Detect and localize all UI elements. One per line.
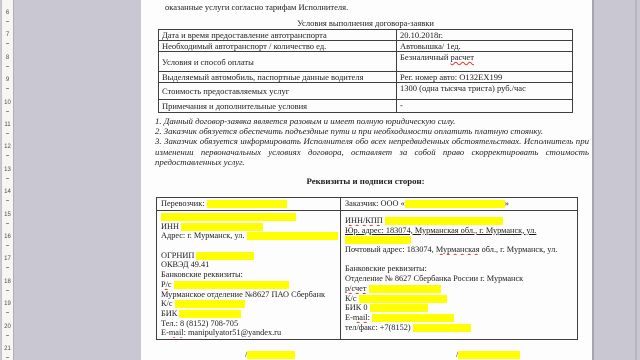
ruler-number: 12 xyxy=(2,144,13,150)
text-run: ОГРНИП xyxy=(161,251,196,260)
text-run: р/счет xyxy=(345,284,366,293)
text-run: Заказчик: ООО « xyxy=(345,199,405,208)
redacted-highlight xyxy=(196,252,254,260)
row-label: Примечания и дополнительные условия xyxy=(159,100,397,113)
ruler-tick xyxy=(6,111,9,112)
text-run: ИНН/КПП xyxy=(345,216,383,225)
ruler-tick xyxy=(6,66,9,67)
detail-line: БИК 0 xyxy=(345,303,575,313)
redacted-highlight xyxy=(181,223,263,231)
detail-line: ИНН xyxy=(161,222,338,232)
text-run: К/с xyxy=(345,294,359,303)
text-run: Автовышка/ 1ед. xyxy=(400,41,461,51)
row-value: - xyxy=(397,100,573,113)
detail-line: ОГРНИП xyxy=(161,251,338,261)
detail-line: К/с xyxy=(345,294,575,304)
redacted-highlight xyxy=(385,217,503,225)
text-run: Мурманское отделение №8627 ПАО Сбербанк xyxy=(161,290,325,299)
text-run: mail xyxy=(169,328,184,337)
text-run: Банковские реквизиты: xyxy=(161,270,243,279)
ruler-number: 14 xyxy=(2,189,13,195)
redacted-highlight xyxy=(458,351,520,359)
detail-line: р/счет xyxy=(345,284,575,294)
redacted-highlight xyxy=(413,324,471,332)
clause-2: 2. Заказчик обязуется обеспечить подъезд… xyxy=(155,126,589,136)
row-label: Условия и способ оплаты xyxy=(159,52,397,72)
table-row: Стоимость предоставляемых услуг 1300 (од… xyxy=(159,83,573,100)
ruler-number: 17 xyxy=(2,256,13,262)
ruler-number: 16 xyxy=(2,234,13,240)
text-run: Адрес: г. Мурманск, ул. xyxy=(161,231,247,240)
text-run: Мурманская xyxy=(436,245,480,254)
detail-line: Юр. адрес: 183074, Мурманская обл., г. М… xyxy=(345,226,575,236)
ruler-number: 9 xyxy=(2,77,13,83)
requisites-body-row: ИНН Адрес: г. Мурманск, ул. ОГРНИП ОКВЭД… xyxy=(157,211,578,340)
ruler-number: 21 xyxy=(2,346,13,352)
redacted-highlight xyxy=(207,200,287,208)
text-run: E- xyxy=(345,313,353,322)
ruler-tick xyxy=(6,21,9,22)
requisites-table: Перевозчик: Заказчик: ООО «» ИНН Адрес: … xyxy=(156,197,578,340)
customer-details-cell: ИНН/КПП Юр. адрес: 183074, Мурманская об… xyxy=(341,211,578,340)
redacted-highlight xyxy=(247,232,338,240)
requisites-title: Реквизиты и подписи сторон: xyxy=(158,176,573,186)
redacted-highlight xyxy=(175,300,245,308)
customer-signature-line: / xyxy=(456,349,520,359)
table-row: Необходимый автотранспорт / количество е… xyxy=(159,41,573,52)
clause-1: 1. Данный договор-заявка является разовы… xyxy=(155,116,589,126)
ruler-number: 20 xyxy=(2,324,13,330)
text-run: Банковские реквизиты: xyxy=(345,264,427,273)
ruler-tick xyxy=(6,290,9,291)
row-value: Безналичный расчет xyxy=(397,52,573,72)
table-row: Примечания и дополнительные условия - xyxy=(159,100,573,113)
detail-line: Р/с xyxy=(161,280,338,290)
contract-terms-title: Условия выполнения договора-заявки xyxy=(158,18,573,28)
detail-line: К/с xyxy=(161,299,338,309)
intro-line: оказанные услуги согласно тарифам Исполн… xyxy=(165,2,348,12)
customer-header-cell: Заказчик: ООО «» xyxy=(341,198,578,211)
ruler-number: 6 xyxy=(2,10,13,16)
redacted-highlight xyxy=(370,304,428,312)
ruler-tick xyxy=(6,155,9,156)
redacted-highlight xyxy=(405,200,505,208)
text-run: 20.10.2018г. xyxy=(400,30,443,40)
ruler-tick xyxy=(6,357,9,358)
carrier-details: ИНН Адрес: г. Мурманск, ул. ОГРНИП ОКВЭД… xyxy=(161,212,338,338)
text-run: расчет xyxy=(451,52,474,62)
row-value: 1300 (одна тысяча триста) руб./час xyxy=(397,83,573,100)
detail-line: тел/факс: +7(8152) xyxy=(345,323,575,333)
text-run: Почтовый адрес: 183074, xyxy=(345,245,436,254)
contract-clauses: 1. Данный договор-заявка является разовы… xyxy=(155,116,589,167)
row-value: Рег. номер авто: О132ЕХ199 xyxy=(397,72,573,83)
ruler-number: 7 xyxy=(2,32,13,38)
detail-line xyxy=(161,241,338,251)
row-label: Выделяемый автомобиль, паспортные данные… xyxy=(159,72,397,83)
carrier-details-cell: ИНН Адрес: г. Мурманск, ул. ОГРНИП ОКВЭД… xyxy=(157,211,341,340)
ruler-tick xyxy=(6,88,9,89)
text-run: Рег. номер авто: О132ЕХ199 xyxy=(400,72,502,82)
redacted-highlight xyxy=(161,213,296,221)
ruler-tick xyxy=(6,245,9,246)
text-run: Безналичный xyxy=(400,52,451,62)
text-run: БИК xyxy=(161,309,179,318)
clause-3: 3. Заказчик обязуется информировать Испо… xyxy=(155,136,589,167)
table-row: Дата и время предоставление автотранспор… xyxy=(159,30,573,41)
ruler-number: 18 xyxy=(2,279,13,285)
detail-line xyxy=(345,235,575,245)
ruler-number: 8 xyxy=(2,55,13,61)
text-run: ИНН xyxy=(161,222,181,231)
carrier-header: Перевозчик: xyxy=(161,199,338,209)
ruler-tick xyxy=(6,312,9,313)
text-run: : manipulyator51@yandex.ru xyxy=(184,328,282,337)
detail-line: Мурманское отделение №8627 ПАО Сбербанк xyxy=(161,290,338,300)
ruler-number: 10 xyxy=(2,100,13,106)
editor-workspace: 6789101112131415161718192021 оказанные у… xyxy=(0,0,640,360)
ruler-number: 19 xyxy=(2,301,13,307)
ruler-number: 11 xyxy=(2,122,13,128)
text-run: - xyxy=(400,100,403,110)
detail-line: Почтовый адрес: 183074, Мурманская обл.,… xyxy=(345,245,575,255)
carrier-signature-line: / xyxy=(245,349,295,359)
text-run: Перевозчик: xyxy=(161,199,207,208)
ruler-tick xyxy=(6,133,9,134)
text-run: Р/с xyxy=(161,280,172,289)
row-value: 20.10.2018г. xyxy=(397,30,573,41)
table-row: Выделяемый автомобиль, паспортные данные… xyxy=(159,72,573,83)
text-run: E- xyxy=(161,328,169,337)
redacted-highlight xyxy=(369,285,441,293)
row-label: Необходимый автотранспорт / количество е… xyxy=(159,41,397,52)
contract-terms-table: Дата и время предоставление автотранспор… xyxy=(158,29,573,113)
redacted-highlight xyxy=(372,314,454,322)
ruler-tick xyxy=(6,200,9,201)
ruler-tick xyxy=(6,267,9,268)
ruler-tick xyxy=(6,178,9,179)
detail-line xyxy=(161,212,338,222)
text-run: Юр. адрес: 183074, Мурманская обл., г. М… xyxy=(345,226,536,235)
ruler-number: 13 xyxy=(2,167,13,173)
text-run: ОКВЭД 49.41 xyxy=(161,260,209,269)
ruler-tick xyxy=(6,43,9,44)
carrier-header-cell: Перевозчик: xyxy=(157,198,341,211)
window-edge-divider xyxy=(635,0,637,360)
row-label: Стоимость предоставляемых услуг xyxy=(159,83,397,100)
text-run: » xyxy=(505,199,509,208)
detail-line: ИНН/КПП xyxy=(345,216,575,226)
detail-line: Банковские реквизиты: xyxy=(345,264,575,274)
redacted-highlight xyxy=(247,351,295,359)
text-run: mail xyxy=(353,313,368,322)
redacted-highlight xyxy=(174,281,289,289)
detail-line xyxy=(345,255,575,265)
row-label: Дата и время предоставление автотранспор… xyxy=(159,30,397,41)
ruler-tick xyxy=(6,223,9,224)
detail-line: Тел.: 8 (8152) 708-705 xyxy=(161,319,338,329)
redacted-highlight xyxy=(345,236,411,244)
text-run: БИК 0 xyxy=(345,303,370,312)
text-run: Тел.: 8 (8152) 708-705 xyxy=(161,319,238,328)
text-run: 1300 (одна тысяча триста) руб./час xyxy=(400,83,526,93)
row-value: Автовышка/ 1ед. xyxy=(397,41,573,52)
document-page[interactable]: оказанные услуги согласно тарифам Исполн… xyxy=(141,0,594,360)
ruler-number: 15 xyxy=(2,212,13,218)
customer-header: Заказчик: ООО «» xyxy=(345,199,575,209)
detail-line: E-mail: manipulyator51@yandex.ru xyxy=(161,328,338,338)
customer-details: ИНН/КПП Юр. адрес: 183074, Мурманская об… xyxy=(345,212,575,332)
detail-line: Отделение № 8627 Сбербанка России г. Мур… xyxy=(345,274,575,284)
table-row: Условия и способ оплаты Безналичный расч… xyxy=(159,52,573,72)
ruler-tick xyxy=(6,335,9,336)
redacted-highlight xyxy=(359,295,447,303)
text-run: К/с xyxy=(161,299,175,308)
vertical-ruler[interactable]: 6789101112131415161718192021 xyxy=(1,0,14,360)
detail-line: Адрес: г. Мурманск, ул. xyxy=(161,231,338,241)
detail-line: ОКВЭД 49.41 xyxy=(161,260,338,270)
text-run: тел/факс: +7(8152) xyxy=(345,323,413,332)
detail-line: Банковские реквизиты: xyxy=(161,270,338,280)
redacted-highlight xyxy=(179,310,241,318)
detail-line: E-mail: xyxy=(345,313,575,323)
text-run: обл., г. Мурманск, ул. xyxy=(480,245,558,254)
detail-line: БИК xyxy=(161,309,338,319)
requisites-header-row: Перевозчик: Заказчик: ООО «» xyxy=(157,198,578,211)
text-run: Отделение № 8627 Сбербанка России г. Мур… xyxy=(345,274,523,283)
